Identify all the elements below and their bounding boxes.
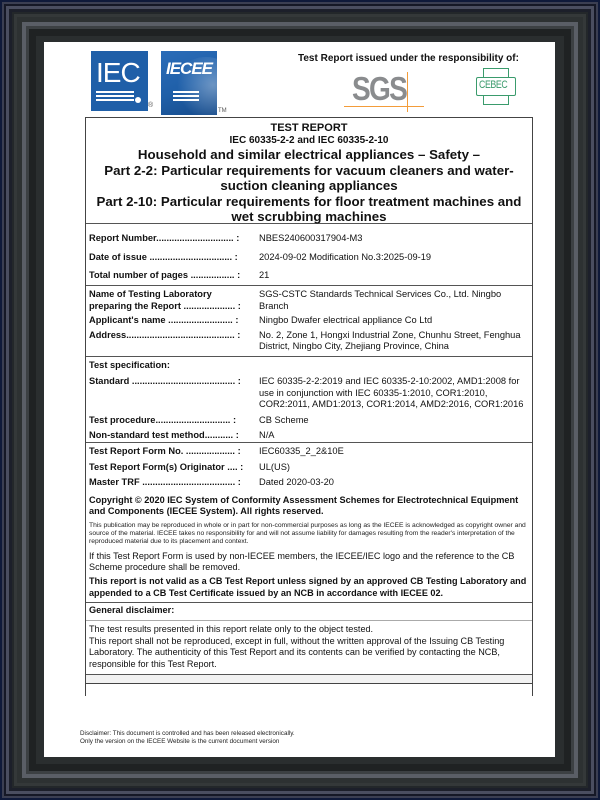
- test-procedure-row: Test procedure..........................…: [86, 415, 532, 427]
- iec-logo-text: IEC: [96, 57, 140, 89]
- lab-info-section: Name of Testing Laboratory preparing the…: [86, 286, 532, 357]
- footer-line: Only the version on the IECEE Website is…: [80, 738, 295, 746]
- sgs-logo-line: [407, 72, 408, 112]
- address-row: Address.................................…: [86, 330, 532, 353]
- cebec-logo-bracket: [483, 96, 509, 105]
- footer-line: Disclaimer: This document is controlled …: [80, 730, 295, 738]
- cebec-logo-bracket: [483, 68, 509, 77]
- field-label: Master TRF .............................…: [89, 477, 245, 489]
- general-disclaimer-heading: General disclaimer:: [86, 603, 532, 621]
- iec-logo-stripe: [96, 95, 134, 97]
- field-label: Name of Testing Laboratory preparing the…: [89, 289, 245, 312]
- field-label: Report Number...........................…: [89, 233, 245, 245]
- applicant-name: Ningbo Dwafer electrical appliance Co Lt…: [245, 315, 532, 327]
- field-label: Date of issue ..........................…: [89, 252, 245, 264]
- testing-lab-name: SGS-CSTC Standards Technical Services Co…: [245, 289, 532, 312]
- validity-note: This report is not valid as a CB Test Re…: [86, 573, 532, 603]
- field-label: Test Report Form No. ...................…: [89, 446, 245, 458]
- trf-originator: UL(US): [245, 462, 532, 474]
- test-spec-section: Test specification: Standard ...........…: [86, 357, 532, 443]
- report-subject: Household and similar electrical applian…: [86, 147, 532, 163]
- iec-logo-stripe: [96, 91, 134, 93]
- trf-number-row: Test Report Form No. ...................…: [86, 446, 532, 458]
- standard: IEC 60335-2-2:2019 and IEC 60335-2-10:20…: [245, 376, 532, 411]
- test-procedure: CB Scheme: [245, 415, 532, 427]
- general-disclaimer-body: The test results presented in this repor…: [86, 621, 532, 675]
- trademark-mark: TM: [218, 108, 227, 114]
- address: No. 2, Zone 1, Hongxi Industrial Zone, C…: [245, 330, 532, 353]
- field-label: Total number of pages ................. …: [89, 270, 245, 282]
- iec-logo: IEC: [91, 51, 148, 111]
- registered-mark: ®: [148, 102, 153, 109]
- sgs-logo: SGS: [344, 70, 424, 112]
- total-pages-row: Total number of pages ................. …: [86, 270, 532, 282]
- iecee-logo-stripe: [173, 95, 199, 97]
- total-pages: 21: [245, 270, 532, 282]
- trf-section: Test Report Form No. ...................…: [86, 443, 532, 603]
- iecee-logo-stripe: [173, 91, 199, 93]
- cebec-logo: CEBEC: [476, 68, 516, 108]
- applicant-row: Applicant's name .......................…: [86, 315, 532, 327]
- standard-row: Standard ...............................…: [86, 376, 532, 411]
- disclaimer-line: The test results presented in this repor…: [89, 624, 529, 635]
- non-standard-method-row: Non-standard test method........... : N/…: [86, 430, 532, 442]
- field-label: Address.................................…: [89, 330, 245, 353]
- page-footer: Disclaimer: This document is controlled …: [80, 730, 295, 746]
- report-title-block: TEST REPORT IEC 60335-2-2 and IEC 60335-…: [86, 118, 532, 224]
- report-standards: IEC 60335-2-2 and IEC 60335-2-10: [86, 135, 532, 147]
- non-member-note: If this Test Report Form is used by non-…: [86, 547, 532, 574]
- iecee-logo-text: IECEE: [166, 59, 212, 79]
- report-part-2-10: Part 2-10: Particular requirements for f…: [86, 194, 532, 225]
- master-trf-row: Master TRF .............................…: [86, 477, 532, 489]
- iecee-logo: IECEE: [161, 51, 217, 115]
- test-spec-heading: Test specification:: [86, 360, 532, 370]
- report-title: TEST REPORT: [86, 122, 532, 135]
- iec-logo-stripe: [96, 99, 134, 101]
- report-part-2-2: Part 2-2: Particular requirements for va…: [86, 163, 532, 194]
- master-trf: Dated 2020-03-20: [245, 477, 532, 489]
- non-standard-method: N/A: [245, 430, 532, 442]
- field-label: Applicant's name .......................…: [89, 315, 245, 327]
- responsibility-text: Test Report issued under the responsibil…: [298, 53, 519, 64]
- date-of-issue: 2024-09-02 Modification No.3:2025-09-19: [245, 252, 532, 264]
- report-form: TEST REPORT IEC 60335-2-2 and IEC 60335-…: [85, 117, 533, 696]
- disclaimer-line: This report shall not be reproduced, exc…: [89, 636, 529, 670]
- copyright-notice: Copyright © 2020 IEC System of Conformit…: [86, 493, 532, 518]
- blank-row: [86, 675, 532, 684]
- trf-number: IEC60335_2_2&10E: [245, 446, 532, 458]
- report-number: NBES240600317904-M3: [245, 233, 532, 245]
- iecee-logo-stripe: [173, 99, 199, 101]
- field-label: Test Report Form(s) Originator .... :: [89, 462, 245, 474]
- date-of-issue-row: Date of issue ..........................…: [86, 252, 532, 264]
- field-label: Test procedure..........................…: [89, 415, 245, 427]
- reproduction-fineprint: This publication may be reproduced in wh…: [86, 518, 532, 547]
- report-number-row: Report Number...........................…: [86, 233, 532, 245]
- field-label: Non-standard test method........... :: [89, 430, 245, 442]
- iec-logo-dot: [135, 97, 141, 103]
- report-info-section: Report Number...........................…: [86, 224, 532, 286]
- sgs-logo-line: [344, 106, 424, 107]
- cebec-logo-text: CEBEC: [479, 79, 507, 91]
- trf-originator-row: Test Report Form(s) Originator .... : UL…: [86, 462, 532, 474]
- test-report-page: IEC ® IECEE TM Test Report issued under …: [44, 42, 555, 757]
- testing-lab-row: Name of Testing Laboratory preparing the…: [86, 289, 532, 312]
- field-label: Standard ...............................…: [89, 376, 245, 411]
- sgs-logo-text: SGS: [352, 70, 406, 108]
